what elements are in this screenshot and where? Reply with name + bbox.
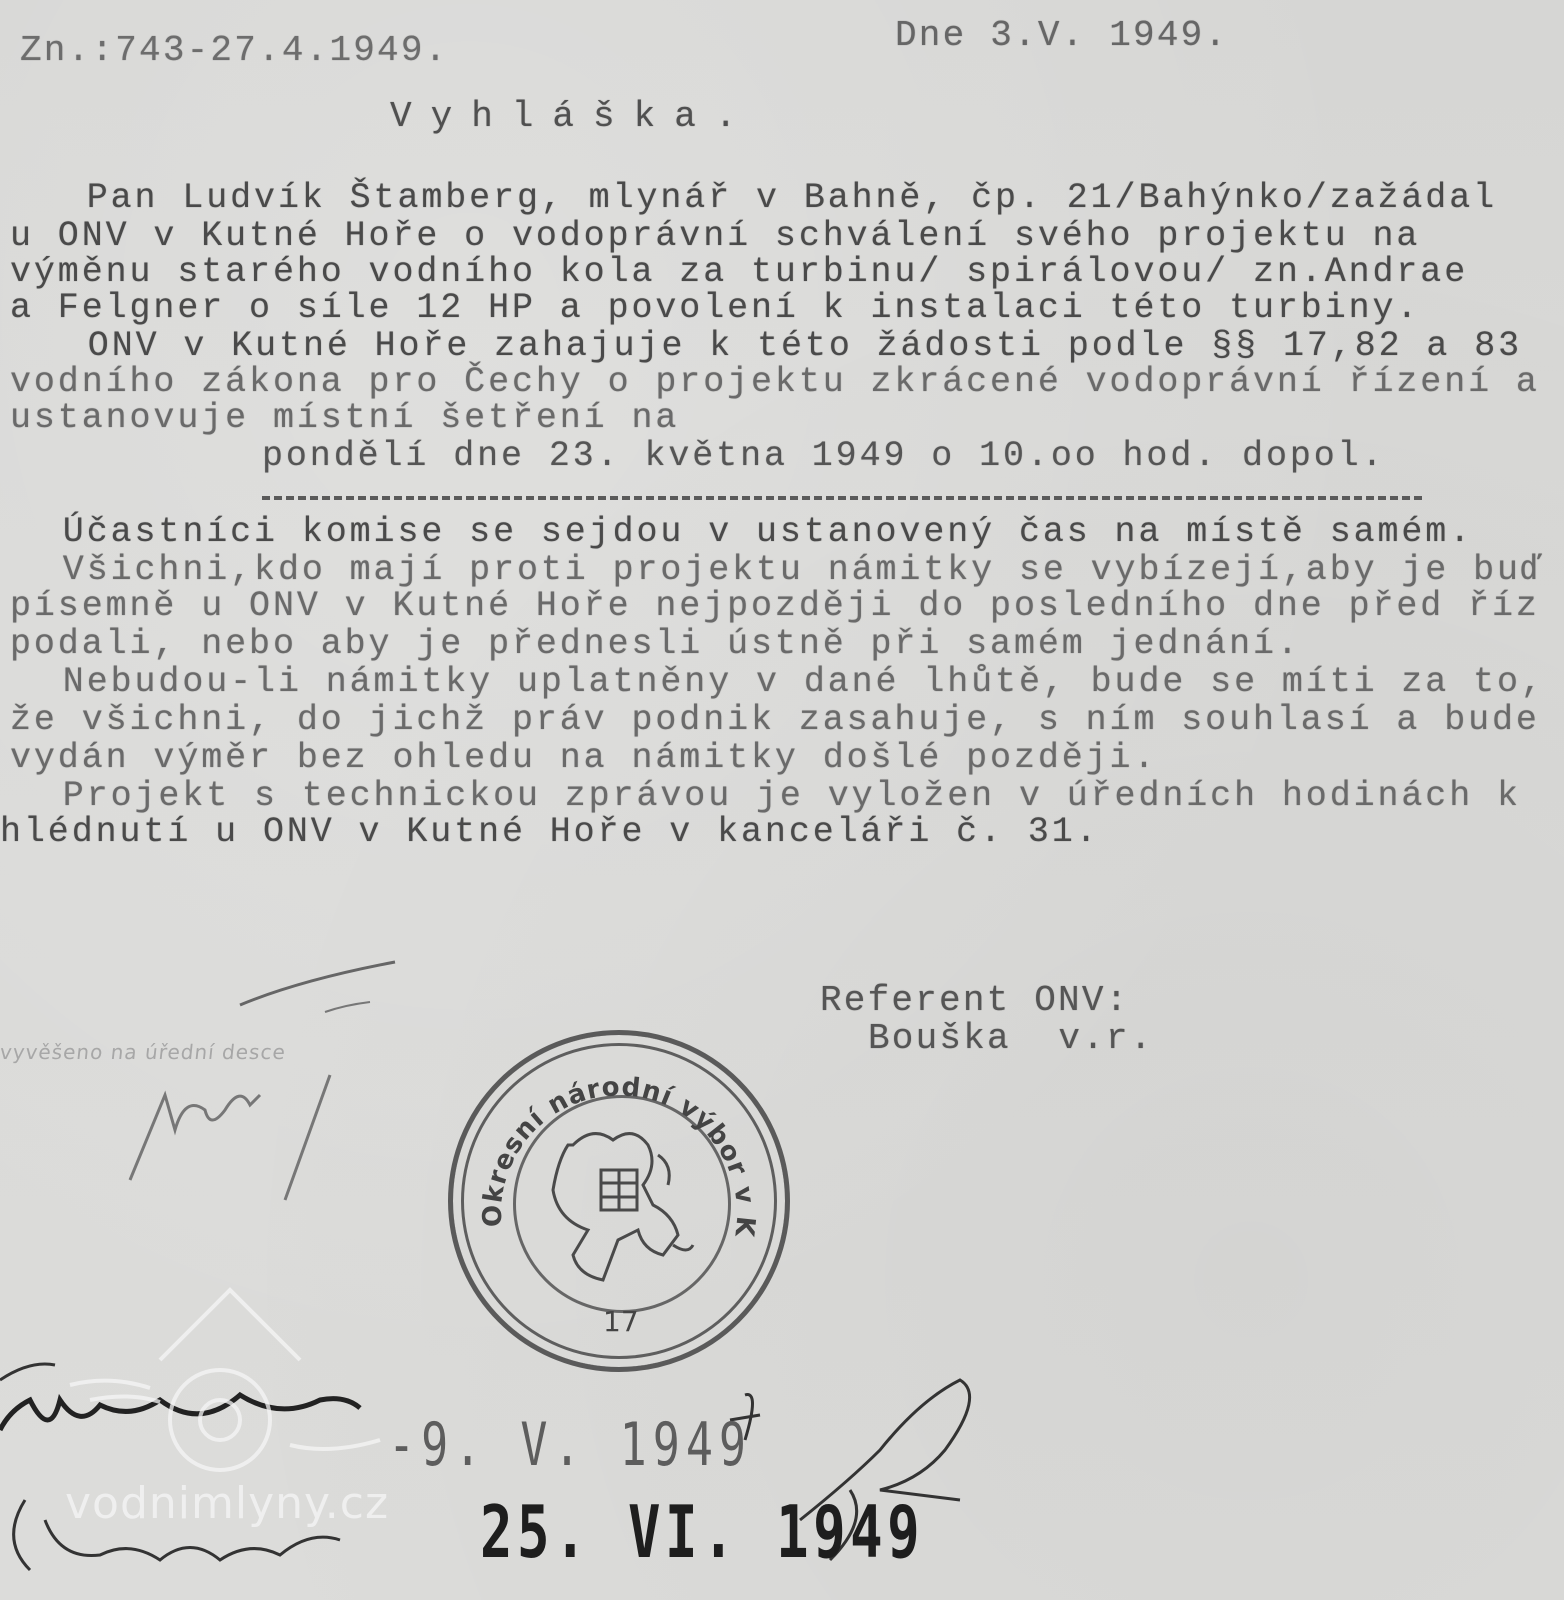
signoff-role: Referent ONV: <box>820 980 1129 1021</box>
official-round-stamp: Okresní národní výbor v Kutné Hoře 17 <box>448 1030 790 1372</box>
text-line: že všichni, do jichž práv podnik zasahuj… <box>10 700 1540 740</box>
document-title: Vyhláška. <box>390 96 755 137</box>
text-line: ustanovuje místní šetření na <box>10 398 679 438</box>
document-date: Dne 3.V. 1949. <box>895 15 1228 56</box>
date-stamp-posted: -9. V. 1949 <box>388 1410 752 1480</box>
text-line: vydán výměr bez ohledu na námitky došlé … <box>10 738 1157 778</box>
text-line: Nebudou-li námitky uplatněny v dané lhůt… <box>15 662 1545 702</box>
faded-stamp-text: vyvěšeno na úřední desce <box>0 1040 287 1064</box>
text-line: výměnu starého vodního kola za turbinu/ … <box>10 252 1468 292</box>
text-line: Účastníci komise se sejdou v ustanovený … <box>15 512 1473 552</box>
text-line: písemně u ONV v Kutné Hoře nejpozději do… <box>10 586 1540 626</box>
dashed-divider <box>262 496 1422 500</box>
reference-number: Zn.:743-27.4.1949. <box>20 30 448 71</box>
text-line: podali, nebo aby je přednesli ústně při … <box>10 624 1301 664</box>
text-line: Pan Ludvík Štamberg, mlynář v Bahně, čp.… <box>15 178 1497 218</box>
text-line: vodního zákona pro Čechy o projektu zkrá… <box>10 362 1540 402</box>
text-line: ONV v Kutné Hoře zahajuje k této žádosti… <box>40 326 1522 366</box>
text-line: a Felgner o síle 12 HP a povolení k inst… <box>10 288 1420 328</box>
hearing-date: pondělí dne 23. května 1949 o 10.oo hod.… <box>262 436 1385 476</box>
date-stamp-removed: 25. VI. 1949 <box>480 1490 924 1574</box>
signoff-name: Bouška v.r. <box>868 1018 1154 1059</box>
text-line: u ONV v Kutné Hoře o vodoprávní schválen… <box>10 216 1420 256</box>
text-line: Všichni,kdo mají proti projektu námitky … <box>15 550 1545 590</box>
watermark-text: vodnimlyny.cz <box>65 1478 389 1529</box>
text-line: hlédnutí u ONV v Kutné Hoře v kanceláři … <box>0 812 1100 852</box>
stamp-number: 17 <box>603 1305 639 1338</box>
text-line: Projekt s technickou zprávou je vyložen … <box>15 776 1521 816</box>
